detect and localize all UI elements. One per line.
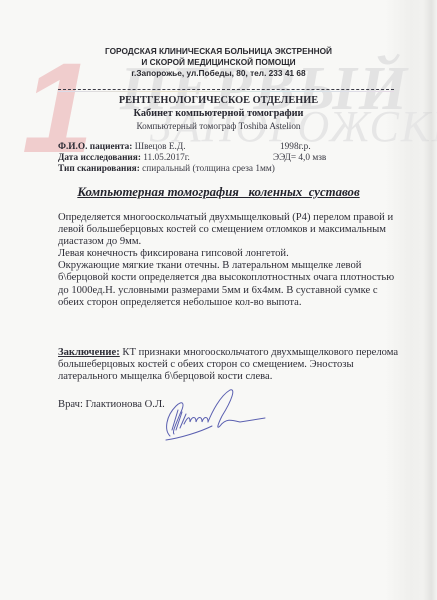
cabinet-name: Кабинет компьютерной томографии: [0, 108, 437, 119]
department-name: РЕНТГЕНОЛОГИЧЕСКОЕ ОТДЕЛЕНИЕ: [0, 95, 437, 106]
header-divider: [58, 89, 394, 90]
findings: Определяется многооскольчатый двухмыщелк…: [58, 212, 398, 309]
scan-type-row: Тип сканирования: спиральный (толщина ср…: [58, 164, 275, 175]
exam-date-row: Дата исследования: 11.05.2017г.: [58, 153, 190, 164]
hospital-name-line1: ГОРОДСКАЯ КЛИНИЧЕСКАЯ БОЛЬНИЦА ЭКСТРЕННО…: [0, 46, 437, 56]
device-name: Компьютерный томограф Toshiba Astelion: [0, 121, 437, 131]
scan-type-value: спиральный (толщина среза 1мм): [142, 164, 275, 174]
exam-date-label: Дата исследования:: [58, 153, 141, 163]
scan-edge-shadow: [423, 0, 437, 600]
effective-dose: ЭЭД= 4,0 мзв: [273, 153, 326, 164]
birth-year: 1998г.р.: [280, 142, 311, 153]
doctor-name: Врач: Глактионова О.Л.: [58, 399, 165, 410]
findings-paragraph: Определяется многооскольчатый двухмыщелк…: [58, 212, 398, 248]
findings-paragraph: Окружающие мягкие ткани отечны. В латера…: [58, 260, 398, 308]
findings-paragraph: Левая конечность фиксирована гипсовой ло…: [58, 248, 398, 260]
signature-icon: [150, 386, 270, 446]
patient-name-row: Ф.И.О. пациента: Швецов Е.Д.: [58, 142, 186, 153]
hospital-address: г.Запорожье, ул.Победы, 80, тел. 233 41 …: [0, 68, 437, 78]
conclusion-label: Заключение:: [58, 347, 120, 358]
report-title: Компьютерная томография коленных суставо…: [0, 185, 437, 200]
patient-name-value: Швецов Е.Д.: [135, 142, 186, 152]
scanned-document-page: 1 ПЕРВЫЙ ЗАПОРОЖСКИЙ ГОРОДСКАЯ КЛИНИЧЕСК…: [0, 0, 437, 600]
header-divider-tint: [58, 91, 394, 92]
hospital-name-line2: И СКОРОЙ МЕДИЦИНСКОЙ ПОМОЩИ: [0, 57, 437, 67]
exam-date-value: 11.05.2017г.: [143, 153, 190, 163]
conclusion: Заключение: КТ признаки многооскольчатог…: [58, 347, 403, 383]
patient-name-label: Ф.И.О. пациента:: [58, 142, 132, 152]
scan-type-label: Тип сканирования:: [58, 164, 140, 174]
